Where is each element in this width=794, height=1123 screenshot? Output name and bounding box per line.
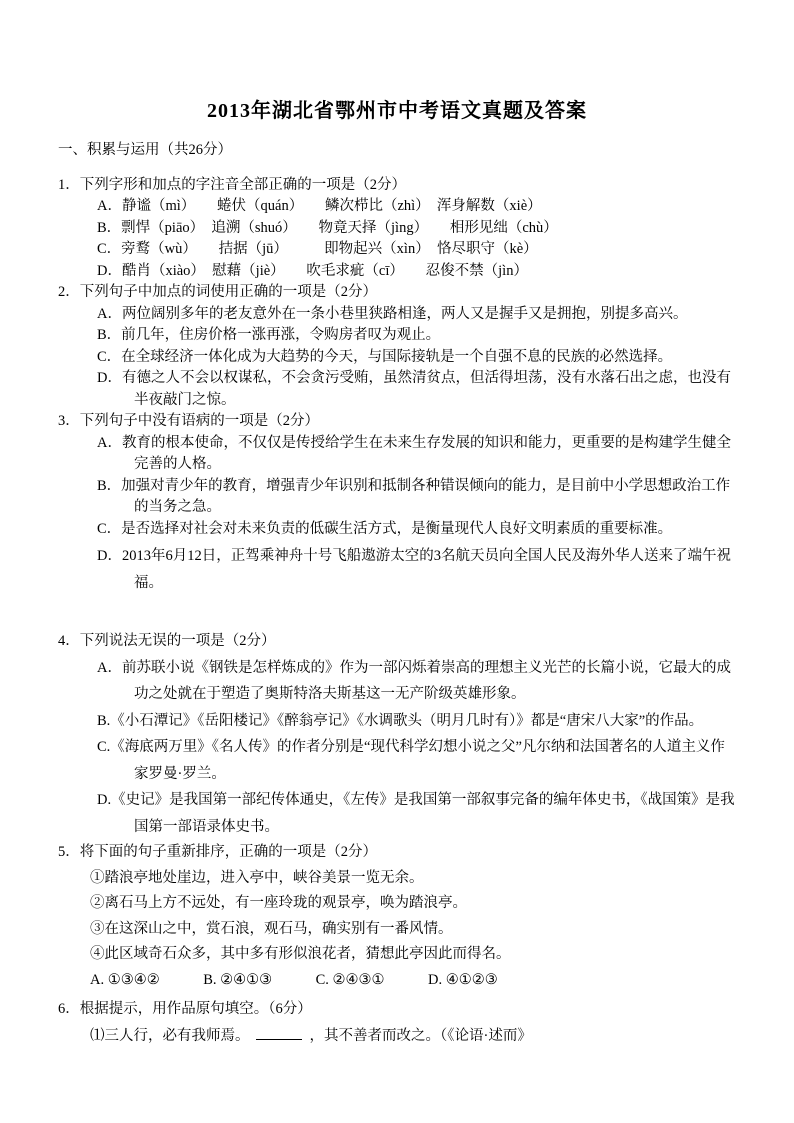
question-3-option-b: B．加强对青少年的教育，增强青少年识别和抵制各种错误倾向的能力，是目前中小学思想… [97, 476, 736, 519]
document-title: 2013年湖北省鄂州市中考语文真题及答案 [58, 98, 736, 124]
question-5-answer-choices: A. ①③④② B. ②④①③ C. ②④③① D. ④①②③ [90, 968, 736, 994]
question-5-item-3: ③在这深山之中，赏石浪，观石马，确实别有一番风情。 [90, 917, 736, 943]
question-4-option-d: D.《史记》是我国第一部纪传体通史，《左传》是我国第一部叙事完备的编年体史书，《… [97, 787, 736, 840]
question-1-option-a: A．静谧（mì） 蜷伏（quán） 鳞次栉比（zhì） 浑身解数（xiè） [97, 196, 736, 218]
question-1-stem: 1．下列字形和加点的字注音全部正确的一项是（2分） [58, 175, 736, 197]
question-4-option-b: B.《小石潭记》《岳阳楼记》《醉翁亭记》《水调歌头（明月几时有）》都是“唐宋八大… [97, 708, 736, 735]
question-4-stem: 4．下列说法无误的一项是（2分） [58, 628, 736, 655]
question-3-option-a: A．教育的根本使命，不仅仅是传授给学生在未来生存发展的知识和能力，更重要的是构建… [97, 433, 736, 476]
question-2: 2．下列句子中加点的词使用正确的一项是（2分） A．两位阔别多年的老友意外在一条… [58, 282, 736, 411]
question-1: 1．下列字形和加点的字注音全部正确的一项是（2分） A．静谧（mì） 蜷伏（qu… [58, 175, 736, 283]
question-5-item-1: ①踏浪亭地处崖边，进入亭中，峡谷美景一览无余。 [90, 866, 736, 892]
question-1-option-c: C．旁鹜（wù） 拮据（jū） 即物起兴（xìn） 恪尽职守（kè） [97, 239, 736, 261]
page: 2013年湖北省鄂州市中考语文真题及答案 一、积累与运用（共26分） 1．下列字… [0, 0, 794, 1123]
question-6: 6．根据提示，用作品原句填空。（6分） ⑴三人行，必有我师焉。，其不善者而改之。… [58, 996, 736, 1049]
question-2-stem: 2．下列句子中加点的词使用正确的一项是（2分） [58, 282, 736, 304]
question-1-option-b: B．剽悍（piāo） 追溯（shuó） 物竟天择（jìng） 相形见绌（chù） [97, 218, 736, 240]
question-4: 4．下列说法无误的一项是（2分） A．前苏联小说《钢铁是怎样炼成的》作为一部闪烁… [58, 628, 736, 840]
question-2-option-c: C．在全球经济一体化成为大趋势的今天，与国际接轨是一个自强不息的民族的必然选择。 [97, 347, 736, 369]
question-2-option-d: D．有德之人不会以权谋私，不会贪污受贿，虽然清贫点，但活得坦荡，没有水落石出之虑… [97, 368, 736, 411]
question-6-item-1-suffix: ，其不善者而改之。（《论语·述而》 [310, 1028, 532, 1044]
fill-in-blank-line [256, 1026, 302, 1040]
question-1-option-d: D．酷肖（xiào） 慰藉（jiè） 吹毛求疵（cī） 忍俊不禁（jìn） [97, 261, 736, 283]
question-3-option-c: C．是否选择对社会对未来负责的低碳生活方式，是衡量现代人良好文明素质的重要标准。 [97, 519, 736, 541]
question-6-stem: 6．根据提示，用作品原句填空。（6分） [58, 996, 736, 1023]
question-4-option-c: C.《海底两万里》《名人传》的作者分别是“现代科学幻想小说之父”凡尔纳和法国著名… [97, 734, 736, 787]
question-3: 3．下列句子中没有语病的一项是（2分） A．教育的根本使命，不仅仅是传授给学生在… [58, 411, 736, 596]
question-3-option-d: D．2013年6月12日，正驾乘神舟十号飞船遨游太空的3名航天员向全国人民及海外… [97, 543, 736, 596]
question-5-item-4: ④此区域奇石众多，其中多有形似浪花者，猜想此亭因此而得名。 [90, 942, 736, 968]
section-heading: 一、积累与运用（共26分） [58, 140, 736, 162]
question-6-item-1-prefix: ⑴三人行，必有我师焉。 [90, 1028, 250, 1044]
question-5: 5．将下面的句子重新排序，正确的一项是（2分） ①踏浪亭地处崖边，进入亭中，峡谷… [58, 840, 736, 993]
question-5-stem: 5．将下面的句子重新排序，正确的一项是（2分） [58, 840, 736, 866]
question-2-option-a: A．两位阔别多年的老友意外在一条小巷里狭路相逢，两人又是握手又是拥抱，别提多高兴… [97, 304, 736, 326]
question-3-stem: 3．下列句子中没有语病的一项是（2分） [58, 411, 736, 433]
question-2-option-b: B．前几年，住房价格一涨再涨，令购房者叹为观止。 [97, 325, 736, 347]
question-6-item-1: ⑴三人行，必有我师焉。，其不善者而改之。（《论语·述而》 [90, 1023, 736, 1050]
question-4-option-a: A．前苏联小说《钢铁是怎样炼成的》作为一部闪烁着崇高的理想主义光芒的长篇小说，它… [97, 655, 736, 708]
question-5-item-2: ②离石马上方不远处，有一座玲珑的观景亭，唤为踏浪亭。 [90, 891, 736, 917]
